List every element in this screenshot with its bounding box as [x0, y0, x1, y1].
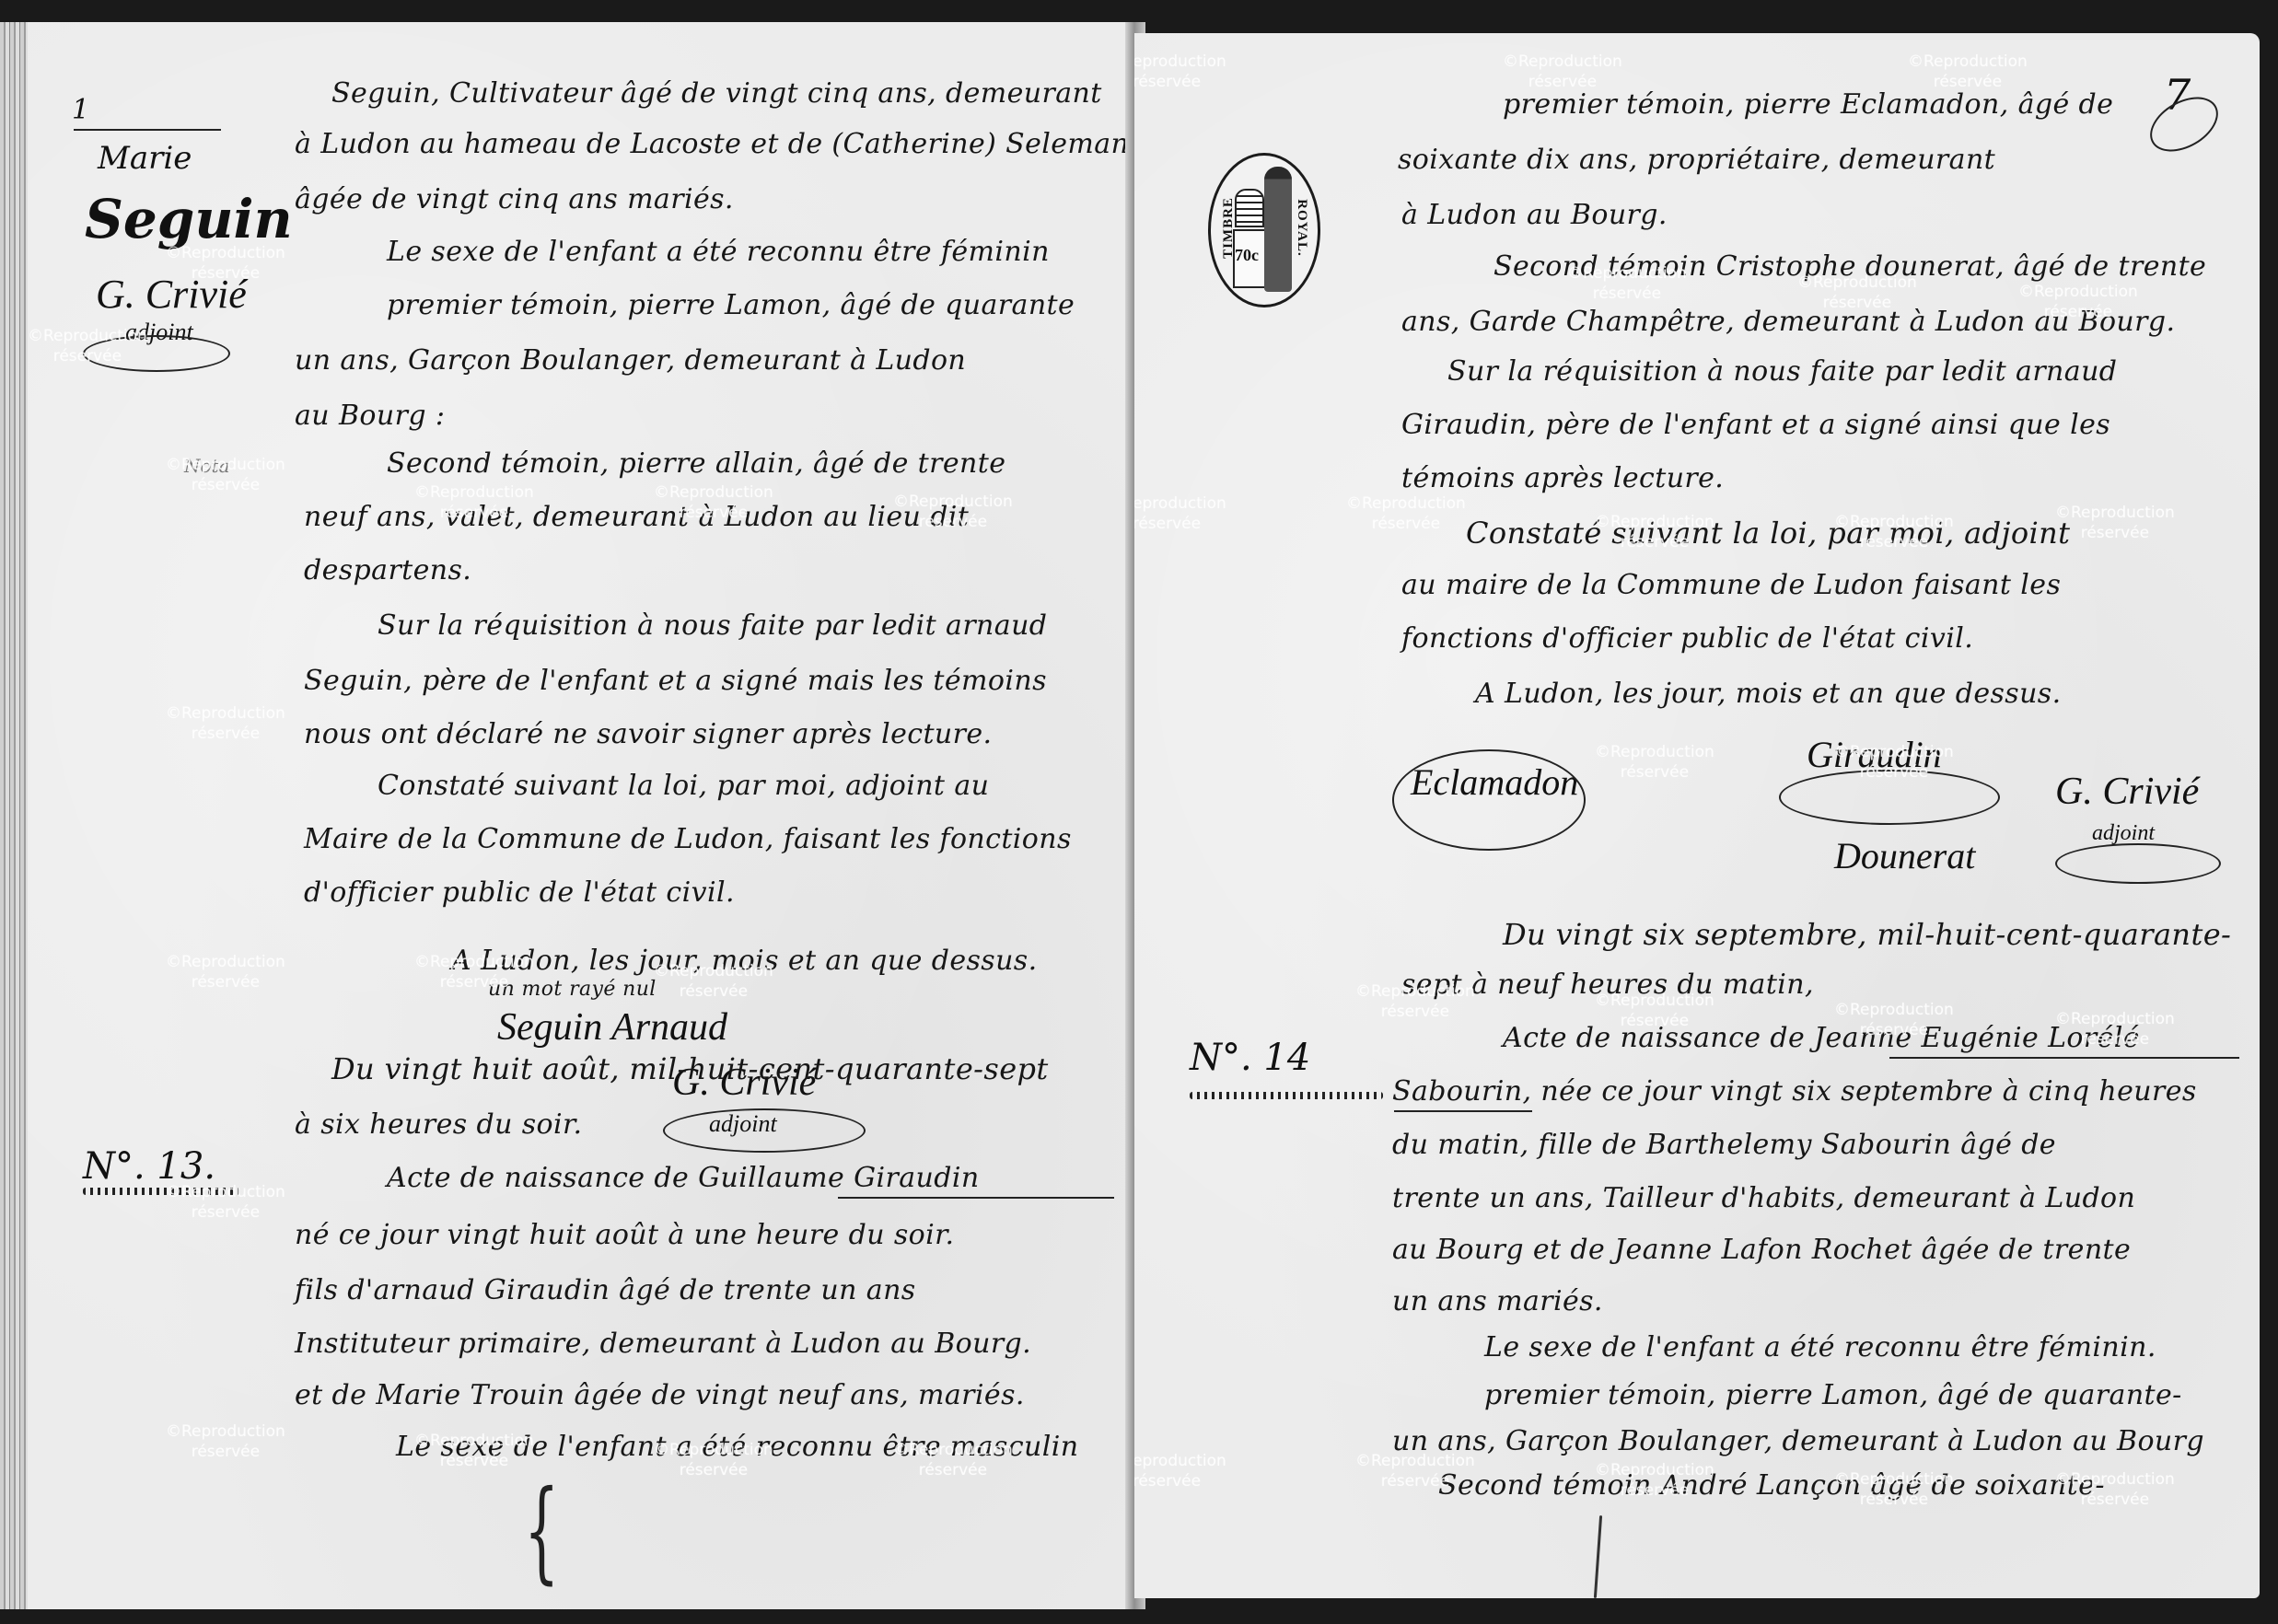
text-line: Second témoin, pierre allain, âgé de tre…	[387, 447, 1005, 480]
act-heading-line: Du vingt huit août, mil-huit-cent-quaran…	[331, 1051, 1049, 1086]
text-line: A Ludon, les jour, mois et an que dessus…	[451, 945, 1038, 977]
text-line: neuf ans, valet, demeurant à Ludon au li…	[304, 501, 969, 533]
margin-entry-number: 1	[72, 94, 89, 126]
text-line: un ans, Garçon Boulanger, demeurant à Lu…	[295, 344, 966, 377]
right-page: TIMBRE ROYAL. 70c 7 premier témoin, pier…	[1134, 33, 2260, 1598]
signature-officer: G. Crivié	[2055, 770, 2199, 814]
text-line: Sur la réquisition à nous faite par ledi…	[1447, 355, 2117, 388]
stamp-price: 70c	[1235, 246, 1259, 265]
act-heading-line: Du vingt six septembre, mil-huit-cent-qu…	[1503, 917, 2231, 952]
text-line: A Ludon, les jour, mois et an que dessus…	[1475, 678, 2062, 710]
closing-line-mark	[1594, 1515, 1602, 1598]
act-number: N°. 14	[1190, 1037, 1310, 1079]
text-line: à six heures du soir.	[295, 1108, 582, 1141]
text-line: né ce jour vingt huit août à une heure d…	[295, 1219, 955, 1251]
watermark: ©Reproductionréservée	[2055, 503, 2175, 543]
signature-flourish	[1392, 749, 1586, 851]
text-line: nous ont déclaré ne savoir signer après …	[304, 718, 992, 750]
text-line: Giraudin, père de l'enfant et a signé ai…	[1401, 409, 2110, 441]
stamp-label-right: ROYAL.	[1294, 199, 1309, 257]
text-line: trente un ans, Tailleur d'habits, demeur…	[1392, 1182, 2135, 1214]
register-spread: 1 Marie Seguin G. Crivié adjoint Nota Se…	[0, 0, 2278, 1624]
text-line: et de Marie Trouin âgée de vingt neuf an…	[295, 1379, 1025, 1411]
text-line: despartens.	[304, 554, 471, 586]
margin-name-first: Marie	[98, 140, 192, 177]
text-line: âgée de vingt cinq ans mariés.	[295, 183, 734, 215]
text-line: ans, Garde Champêtre, demeurant à Ludon …	[1401, 306, 2175, 338]
act-number-underline	[83, 1188, 239, 1195]
signature-father: Seguin Arnaud	[497, 1005, 727, 1050]
text-line: Second témoin Cristophe dounerat, âgé de…	[1493, 250, 2206, 283]
text-line: un ans, Garçon Boulanger, demeurant à Lu…	[1392, 1425, 2204, 1457]
text-line: Second témoin André Lançon âgé de soixan…	[1438, 1469, 2105, 1502]
margin-name-last: Seguin	[85, 188, 293, 250]
signature-officer-title: adjoint	[2092, 821, 2155, 846]
watermark: ©Reproductionréservée	[166, 1421, 285, 1462]
text-line: sept à neuf heures du matin,	[1401, 969, 1814, 1001]
text-line: Constaté suivant la loi, par moi, adjoin…	[1466, 516, 2070, 551]
text-line: Sabourin, née ce jour vingt six septembr…	[1392, 1075, 2197, 1108]
watermark: ©Reproductionréservée	[1908, 52, 2028, 92]
text-line: à Ludon au hameau de Lacoste et de (Cath…	[295, 128, 1133, 160]
stamp-tablet	[1235, 189, 1264, 227]
text-line: à Ludon au Bourg.	[1401, 199, 1668, 231]
stamp-figure-icon	[1264, 167, 1292, 292]
watermark: ©Reproductionréservée	[1595, 742, 1714, 783]
text-line: Maire de la Commune de Ludon, faisant le…	[304, 823, 1072, 855]
text-line: au Bourg et de Jeanne Lafon Rochet âgée …	[1392, 1234, 2131, 1266]
watermark: ©Reproductionréservée	[1503, 52, 1622, 92]
timbre-royal-stamp: TIMBRE ROYAL. 70c	[1208, 153, 1320, 307]
text-line: Acte de naissance de Jeanne Eugénie Loré…	[1503, 1022, 2140, 1054]
text-line: soixante dix ans, propriétaire, demeuran…	[1398, 144, 1995, 176]
text-line: Le sexe de l'enfant a été reconnu être m…	[396, 1431, 1078, 1463]
text-line: d'officier public de l'état civil.	[304, 876, 735, 909]
act-number-underline	[1190, 1092, 1383, 1099]
text-line: Seguin, Cultivateur âgé de vingt cinq an…	[331, 77, 1102, 110]
faint-margin-mark: Nota	[184, 455, 230, 477]
text-line: fonctions d'officier public de l'état ci…	[1401, 622, 1973, 655]
text-line: Acte de naissance de Guillaume Giraudin	[387, 1162, 980, 1194]
watermark: ©Reproductionréservée	[1134, 52, 1226, 92]
margin-rule	[74, 129, 221, 131]
text-line: premier témoin, pierre Eclamadon, âgé de	[1503, 88, 2113, 121]
left-page: 1 Marie Seguin G. Crivié adjoint Nota Se…	[28, 22, 1133, 1609]
text-line: Seguin, père de l'enfant et a signé mais…	[304, 665, 1047, 697]
child-name-underline	[1889, 1057, 2239, 1059]
text-line: au Bourg :	[295, 400, 445, 432]
signature-flourish	[83, 335, 230, 372]
signature-flourish	[663, 1108, 866, 1153]
watermark: ©Reproductionréservée	[1346, 493, 1466, 534]
text-line: Constaté suivant la loi, par moi, adjoin…	[378, 770, 989, 802]
signature-witness-2: Dounerat	[1834, 834, 1975, 877]
text-line: fils d'arnaud Giraudin âgé de trente un …	[295, 1274, 916, 1306]
text-line: premier témoin, pierre Lamon, âgé de qua…	[387, 289, 1075, 321]
watermark: ©Reproductionréservée	[1134, 1451, 1226, 1491]
text-line: témoins après lecture.	[1401, 462, 1724, 494]
text-line: un ans mariés.	[1392, 1285, 1603, 1317]
watermark: ©Reproductionréservée	[166, 703, 285, 744]
text-line: Le sexe de l'enfant a été reconnu être f…	[387, 236, 1050, 268]
erasure-note: un mot rayé nul	[488, 978, 657, 1001]
child-surname-underline	[1394, 1110, 1532, 1112]
margin-signature: G. Crivié	[96, 271, 247, 318]
signature-flourish	[2055, 843, 2221, 884]
text-line: Le sexe de l'enfant a été reconnu être f…	[1484, 1331, 2156, 1363]
watermark: ©Reproductionréservée	[166, 952, 285, 992]
text-line: premier témoin, pierre Lamon, âgé de qua…	[1484, 1379, 2182, 1411]
text-line: Instituteur primaire, demeurant à Ludon …	[295, 1328, 1031, 1360]
act-number: N°. 13.	[83, 1145, 215, 1188]
text-line: du matin, fille de Barthelemy Sabourin â…	[1392, 1129, 2056, 1161]
signature-flourish	[1779, 770, 2000, 825]
watermark: ©Reproductionréservée	[1134, 493, 1226, 534]
closing-brace-mark: {	[524, 1477, 559, 1587]
text-line: Sur la réquisition à nous faite par ledi…	[378, 609, 1047, 642]
child-name-underline	[838, 1197, 1114, 1199]
text-line: au maire de la Commune de Ludon faisant …	[1401, 569, 2061, 601]
